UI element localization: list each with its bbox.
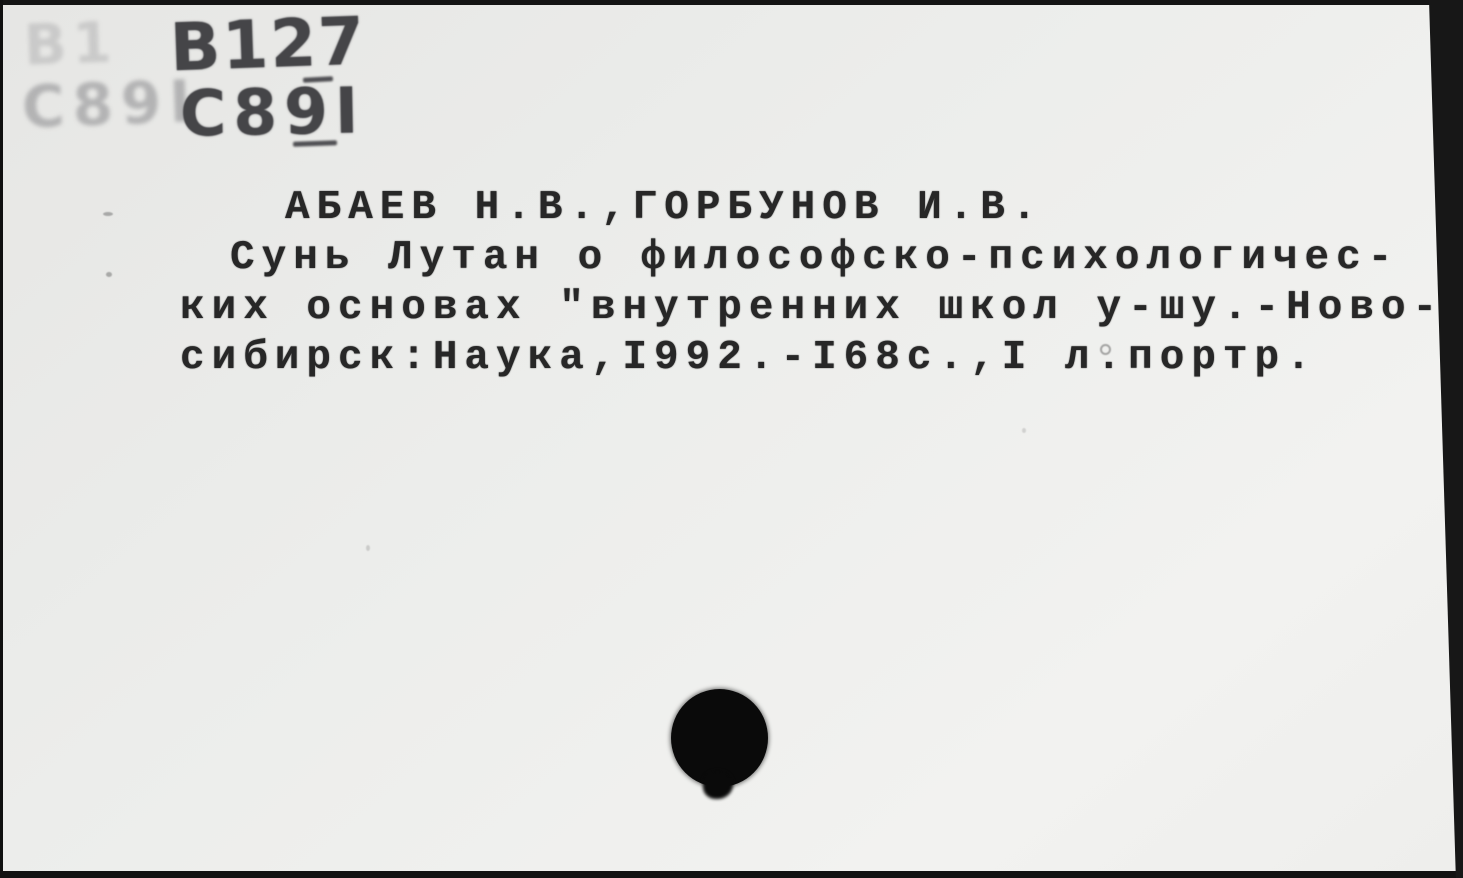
call-number-line1: В127 [169, 3, 368, 87]
punch-hole [671, 689, 768, 787]
entry-title-line: Сунь Лутан о философско-психологичес- [230, 233, 1450, 283]
scan-speck [366, 545, 370, 551]
call-number-line2: С89I [179, 74, 366, 150]
scan-speck [1100, 344, 1111, 355]
call-number-ghost-line1: В1 [23, 10, 119, 78]
card-edge-right [1429, 0, 1463, 878]
entry-authors: АБАЕВ Н.В.,ГОРБУНОВ И.В. [285, 183, 1450, 233]
card-edge-top [0, 0, 1463, 5]
scan-speck [1022, 428, 1026, 433]
bibliographic-entry: АБАЕВ Н.В.,ГОРБУНОВ И.В. Сунь Лутан о фи… [180, 183, 1450, 383]
card-edge-left [0, 0, 3, 878]
catalog-card: В1 С89I В127 С89I АБАЕВ Н.В.,ГОРБУНОВ И.… [0, 0, 1463, 878]
scan-speck [106, 272, 112, 277]
scan-speck [103, 212, 113, 216]
entry-collation-line: сибирск:Наука,I992.-I68с.,I л.портр. [180, 333, 1450, 383]
entry-imprint-line: ких основах "внутренних школ у-шу.-Ново- [180, 283, 1450, 333]
card-edge-bottom [0, 871, 1463, 878]
